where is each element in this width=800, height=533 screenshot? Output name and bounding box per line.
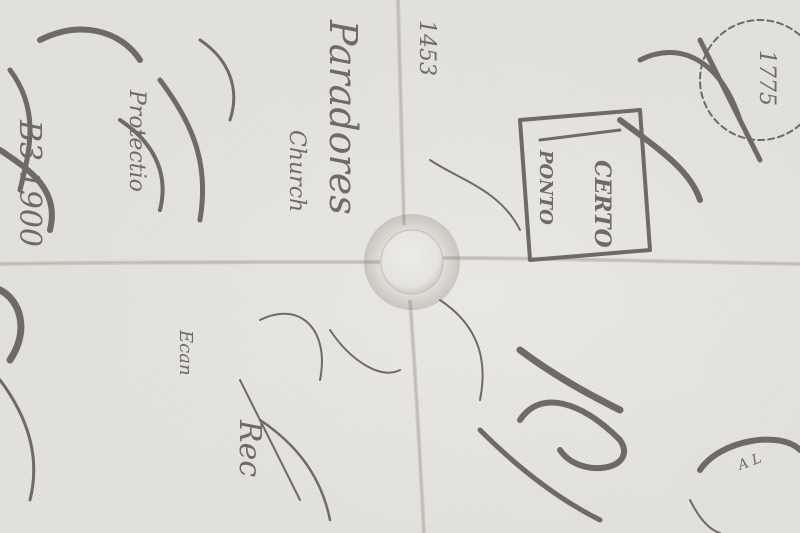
button-layer (0, 0, 800, 533)
upholstery-photo: Paradores Church 1453 PONTO CERTO 1775 B… (0, 0, 800, 533)
upholstery-button (381, 230, 443, 294)
